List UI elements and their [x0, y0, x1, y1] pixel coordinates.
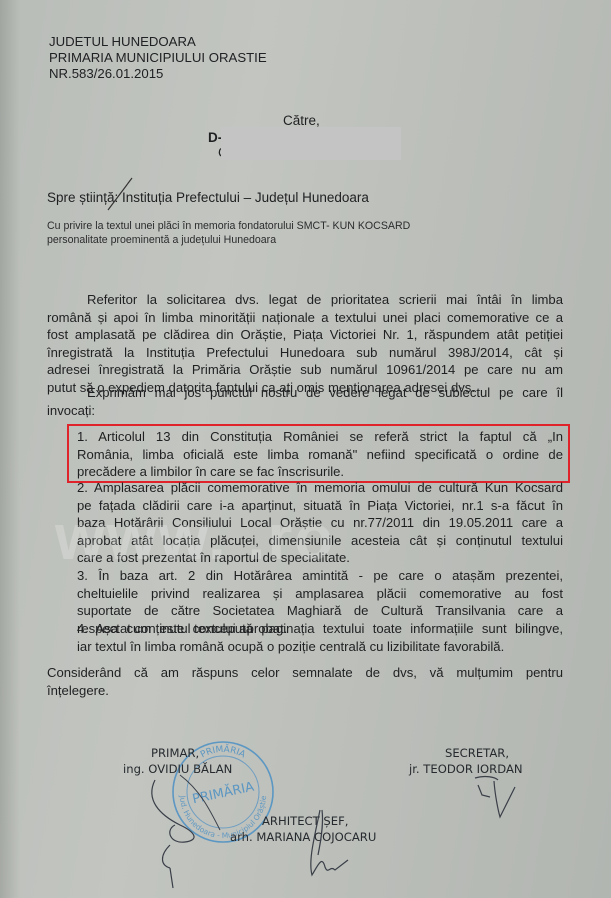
- text-line: adresei înregistrată la Primăria Orăștie…: [47, 361, 563, 379]
- header-reference-number: NR.583/26.01.2015: [49, 65, 163, 82]
- point-4: 4. Așa cum este concepută paginația text…: [77, 620, 563, 655]
- redaction-box: [221, 127, 401, 160]
- architect-signature: [300, 805, 355, 885]
- recipient-label: Către,: [283, 113, 320, 128]
- subject-line-1: Cu privire la textul unei plăci în memor…: [47, 219, 410, 233]
- text-line: 2. Amplasarea plăcii comemorative în mem…: [77, 479, 563, 497]
- text-line: fost amplasată pe clădirea din Orăștie, …: [47, 326, 563, 344]
- text-line: iar textul în limba română ocupă o poziț…: [77, 638, 563, 656]
- cc-line: Spre știință: Instituția Prefectului – J…: [47, 190, 369, 205]
- text-line: înțelegere.: [47, 682, 563, 700]
- mayor-title: PRIMAR,: [151, 746, 199, 760]
- subject-line-2: personalitate proeminentă a județului Hu…: [47, 233, 276, 247]
- secretary-title: SECRETAR,: [445, 746, 509, 760]
- text-line: înregistrată la Instituția Prefectului H…: [47, 344, 563, 362]
- text-line: România, limba oficială este limba roman…: [77, 446, 563, 464]
- secretary-signature: [470, 775, 520, 825]
- point-2: 2. Amplasarea plăcii comemorative în mem…: [77, 479, 563, 567]
- body-paragraph-2: Exprimăm mai jos punctul nostru de veder…: [47, 384, 563, 419]
- text-line: baza Hotărârii Consiliului Local Orăștie…: [77, 514, 563, 532]
- point-1: 1. Articolul 13 din Constituția României…: [77, 428, 563, 481]
- text-line: pe fațada clădirii care i-a aparținut, s…: [77, 497, 563, 515]
- page-shadow: [0, 0, 20, 898]
- text-line: invocați:: [47, 402, 563, 420]
- pen-stroke-mark: [100, 176, 140, 212]
- text-line: cheltuielile privind realizarea și ampla…: [77, 585, 563, 603]
- text-line: 3. În baza art. 2 din Hotărârea amintită…: [77, 567, 563, 585]
- text-line: 4. Așa cum este concepută paginația text…: [77, 620, 563, 638]
- text-line: care a fost prezentat în raportul de spe…: [77, 549, 563, 567]
- closing-paragraph: Considerând că am răspuns celor semnalat…: [47, 664, 563, 699]
- header-institution: PRIMARIA MUNICIPIULUI ORASTIE: [49, 49, 267, 66]
- text-line: română și apoi în limba minorității nați…: [47, 309, 563, 327]
- text-line: 1. Articolul 13 din Constituția României…: [77, 428, 563, 446]
- body-paragraph-1: Referitor la solicitarea dvs. legat de p…: [47, 291, 563, 397]
- secretary-name: jr. TEODOR IORDAN: [409, 762, 523, 776]
- text-line: Exprimăm mai jos punctul nostru de veder…: [47, 384, 563, 402]
- header-county: JUDETUL HUNEDOARA: [49, 33, 196, 50]
- text-line: suportate de către Societatea Maghiară d…: [77, 602, 563, 620]
- text-line: Referitor la solicitarea dvs. legat de p…: [47, 291, 563, 309]
- text-line: aprobat atât locația plăcuței, dimensiun…: [77, 532, 563, 550]
- mayor-signature: [140, 770, 240, 890]
- document-page: JUDETUL HUNEDOARA PRIMARIA MUNICIPIULUI …: [0, 0, 611, 898]
- text-line: Considerând că am răspuns celor semnalat…: [47, 664, 563, 682]
